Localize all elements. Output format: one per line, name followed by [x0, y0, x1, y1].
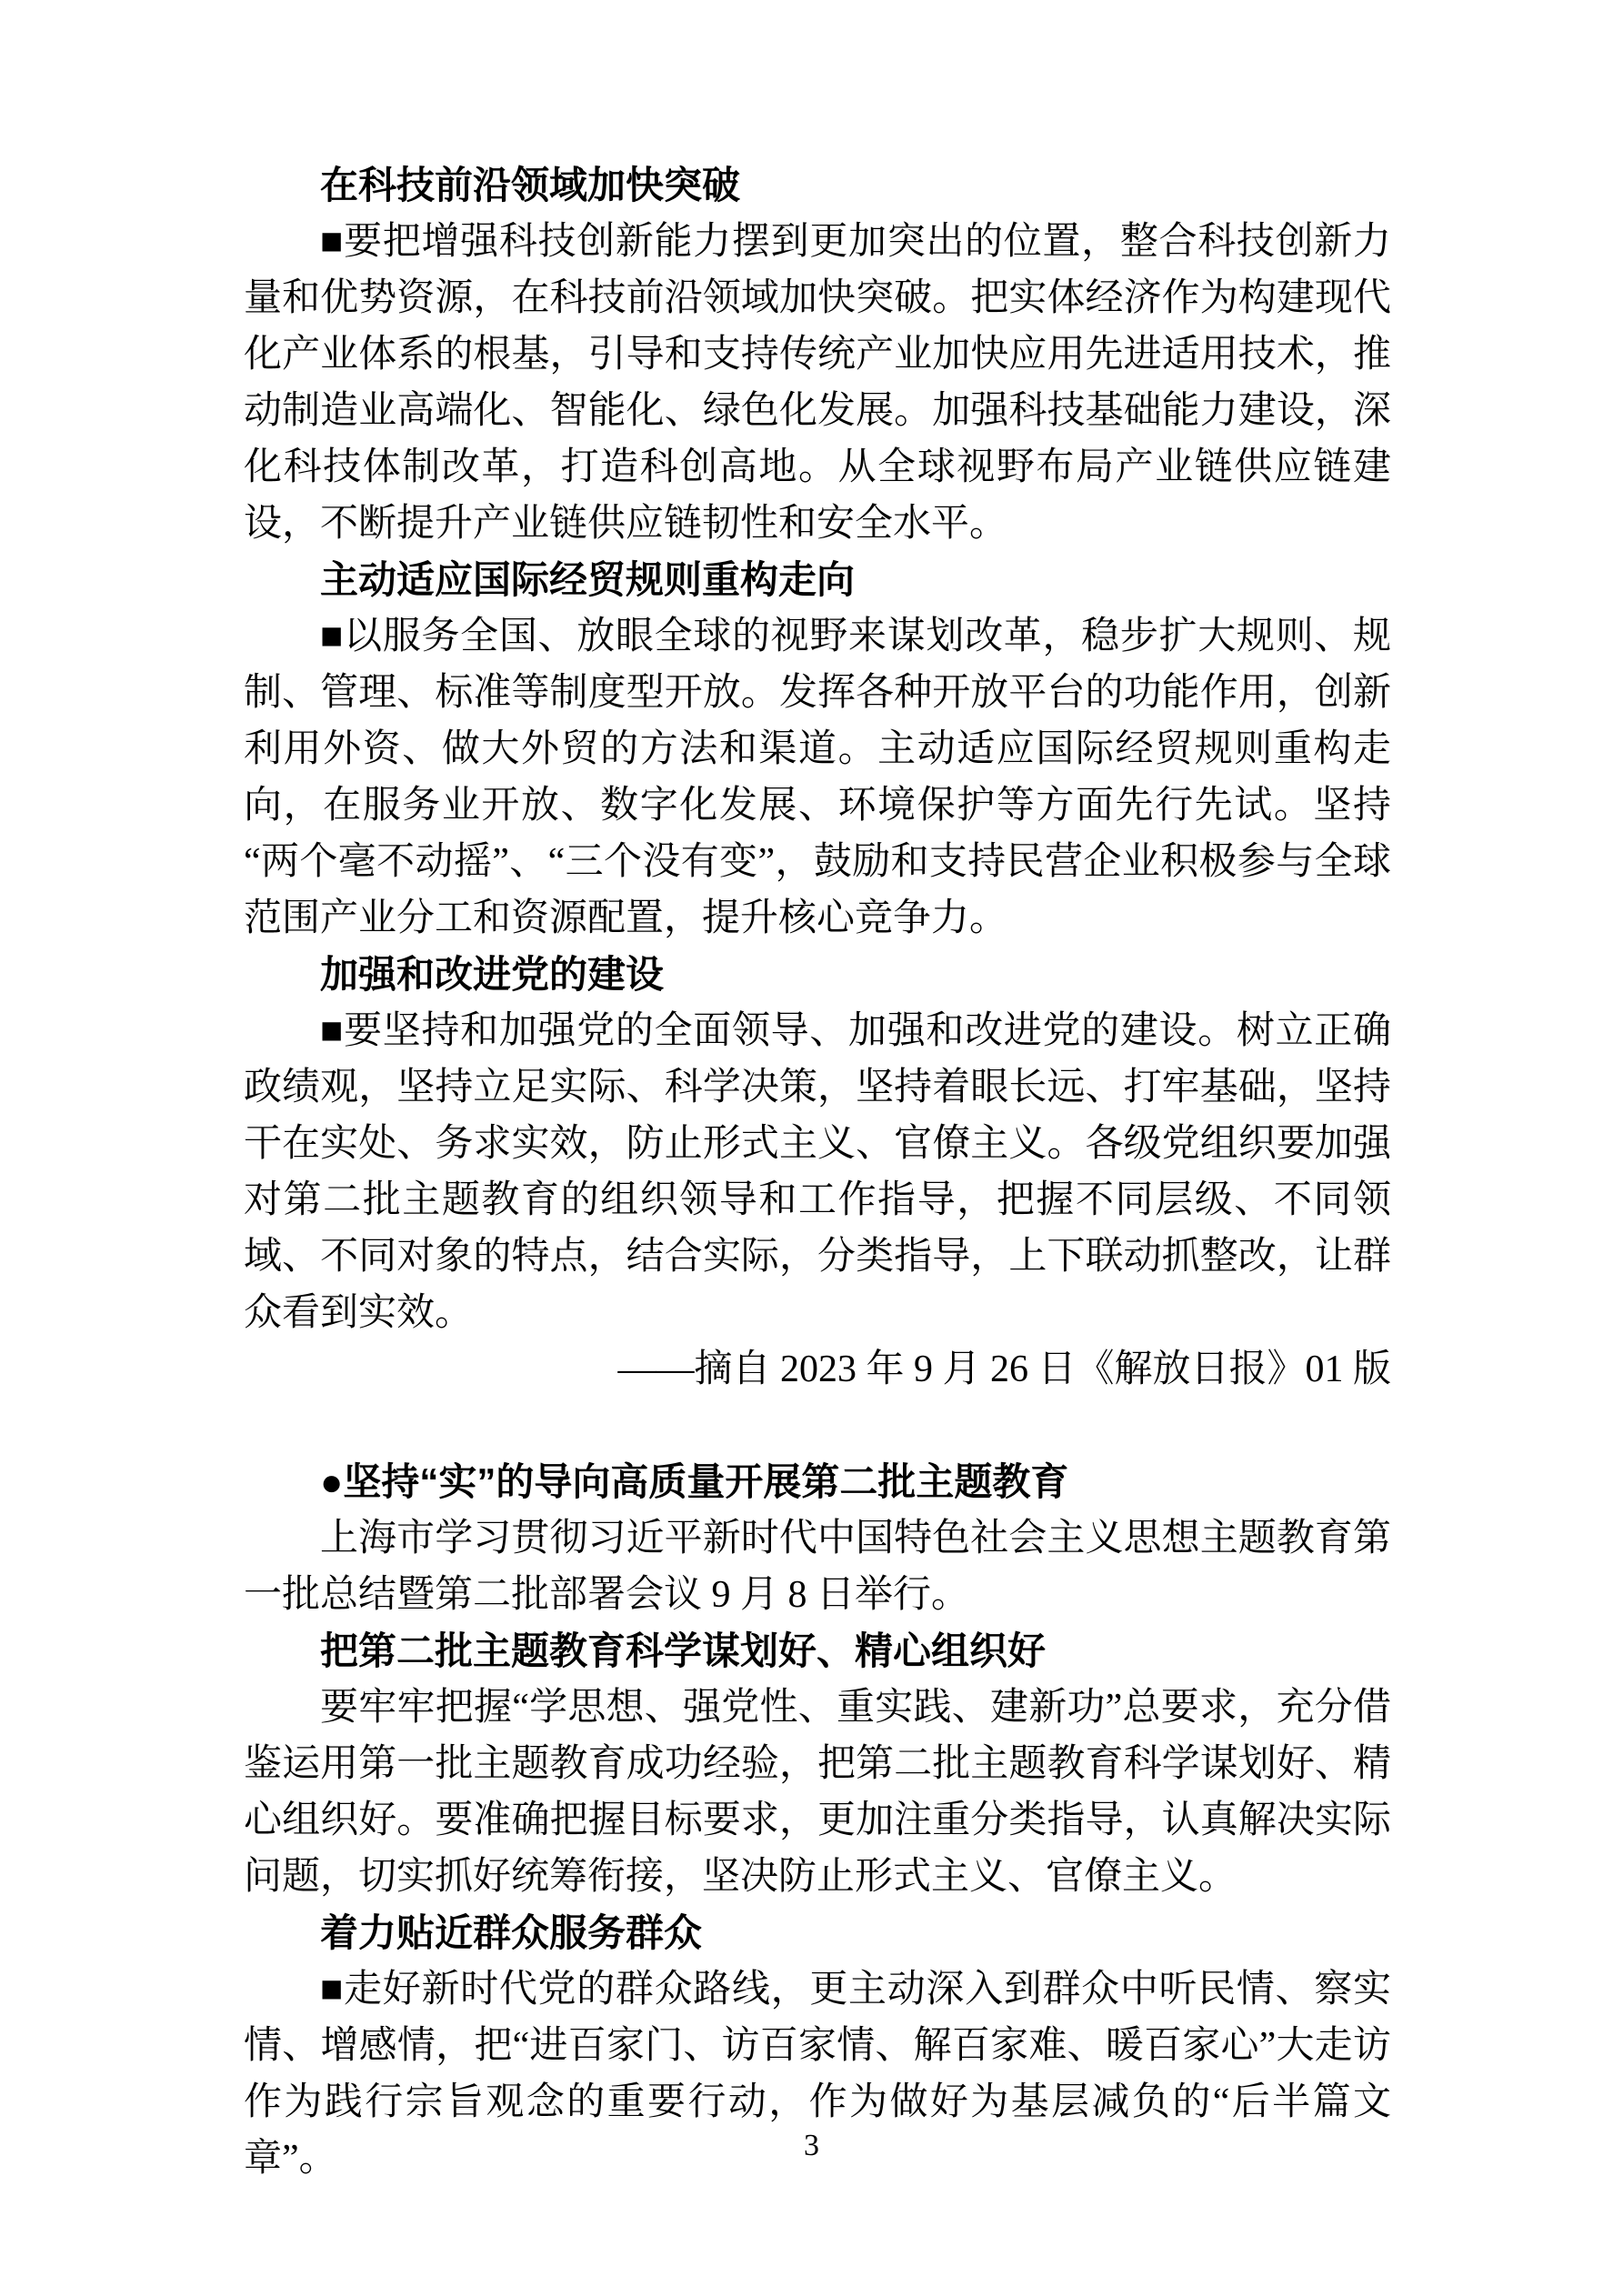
heading-text: 把第二批主题教育科学谋划好、精心组织好 [320, 1629, 1046, 1672]
paragraph-party-building: ■要坚持和加强党的全面领导、加强和改进党的建设。树立正确政绩观，坚持立足实际、科… [244, 1003, 1391, 1341]
paragraph-text: 以服务全国、放眼全球的视野来谋划改革，稳步扩大规则、规制、管理、标准等制度型开放… [244, 616, 1391, 939]
paragraph-text: 上海市学习贯彻习近平新时代中国特色社会主义思想主题教育第一批总结暨第二批部署会议… [244, 1518, 1391, 1616]
section-heading-tech-breakthrough: 在科技前沿领域加快突破 [244, 157, 1391, 214]
page-number: 3 [0, 2128, 1623, 2164]
square-bullet-icon: ■ [320, 1969, 344, 2010]
heading-text: 主动适应国际经贸规则重构走向 [320, 558, 855, 601]
paragraph-plan-organize: 要牢牢把握“学思想、强党性、重实践、建新功”总要求，充分借鉴运用第一批主题教育成… [244, 1679, 1391, 1905]
document-page: 在科技前沿领域加快突破 ■要把增强科技创新能力摆到更加突出的位置，整合科技创新力… [0, 0, 1623, 2296]
square-bullet-icon: ■ [320, 616, 344, 657]
paragraph-text: 要牢牢把握“学思想、强党性、重实践、建新功”总要求，充分借鉴运用第一批主题教育成… [244, 1687, 1391, 1898]
section-heading-plan-organize: 把第二批主题教育科学谋划好、精心组织好 [244, 1623, 1391, 1679]
paragraph-text: 要坚持和加强党的全面领导、加强和改进党的建设。树立正确政绩观，坚持立足实际、科学… [244, 1010, 1391, 1334]
page-content: 在科技前沿领域加快突破 ■要把增强科技创新能力摆到更加突出的位置，整合科技创新力… [244, 157, 1391, 2187]
section-heading-serve-masses: 着力贴近群众服务群众 [244, 1905, 1391, 1961]
source-attribution: ——摘自 2023 年 9 月 26 日《解放日报》01 版 [244, 1341, 1391, 1398]
attribution-text: ——摘自 2023 年 9 月 26 日《解放日报》01 版 [617, 1349, 1391, 1390]
section-heading-second-batch-education: ●坚持“实”的导向高质量开展第二批主题教育 [244, 1454, 1391, 1510]
square-bullet-icon: ■ [320, 1010, 344, 1052]
heading-text: 着力贴近群众服务群众 [320, 1911, 702, 1954]
heading-text: 在科技前沿领域加快突破 [320, 164, 740, 206]
heading-text: 坚持“实”的导向高质量开展第二批主题教育 [343, 1460, 1068, 1503]
circle-bullet-icon: ● [320, 1460, 343, 1503]
paragraph-shanghai-meeting: 上海市学习贯彻习近平新时代中国特色社会主义思想主题教育第一批总结暨第二批部署会议… [244, 1510, 1391, 1623]
section-heading-party-building: 加强和改进党的建设 [244, 947, 1391, 1003]
paragraph-tech-breakthrough: ■要把增强科技创新能力摆到更加突出的位置，整合科技创新力量和优势资源，在科技前沿… [244, 214, 1391, 552]
section-heading-trade-rules: 主动适应国际经贸规则重构走向 [244, 552, 1391, 608]
heading-text: 加强和改进党的建设 [320, 953, 664, 996]
paragraph-text: 要把增强科技创新能力摆到更加突出的位置，整合科技创新力量和优势资源，在科技前沿领… [244, 221, 1391, 545]
paragraph-trade-rules: ■以服务全国、放眼全球的视野来谋划改革，稳步扩大规则、规制、管理、标准等制度型开… [244, 608, 1391, 947]
square-bullet-icon: ■ [320, 221, 344, 263]
